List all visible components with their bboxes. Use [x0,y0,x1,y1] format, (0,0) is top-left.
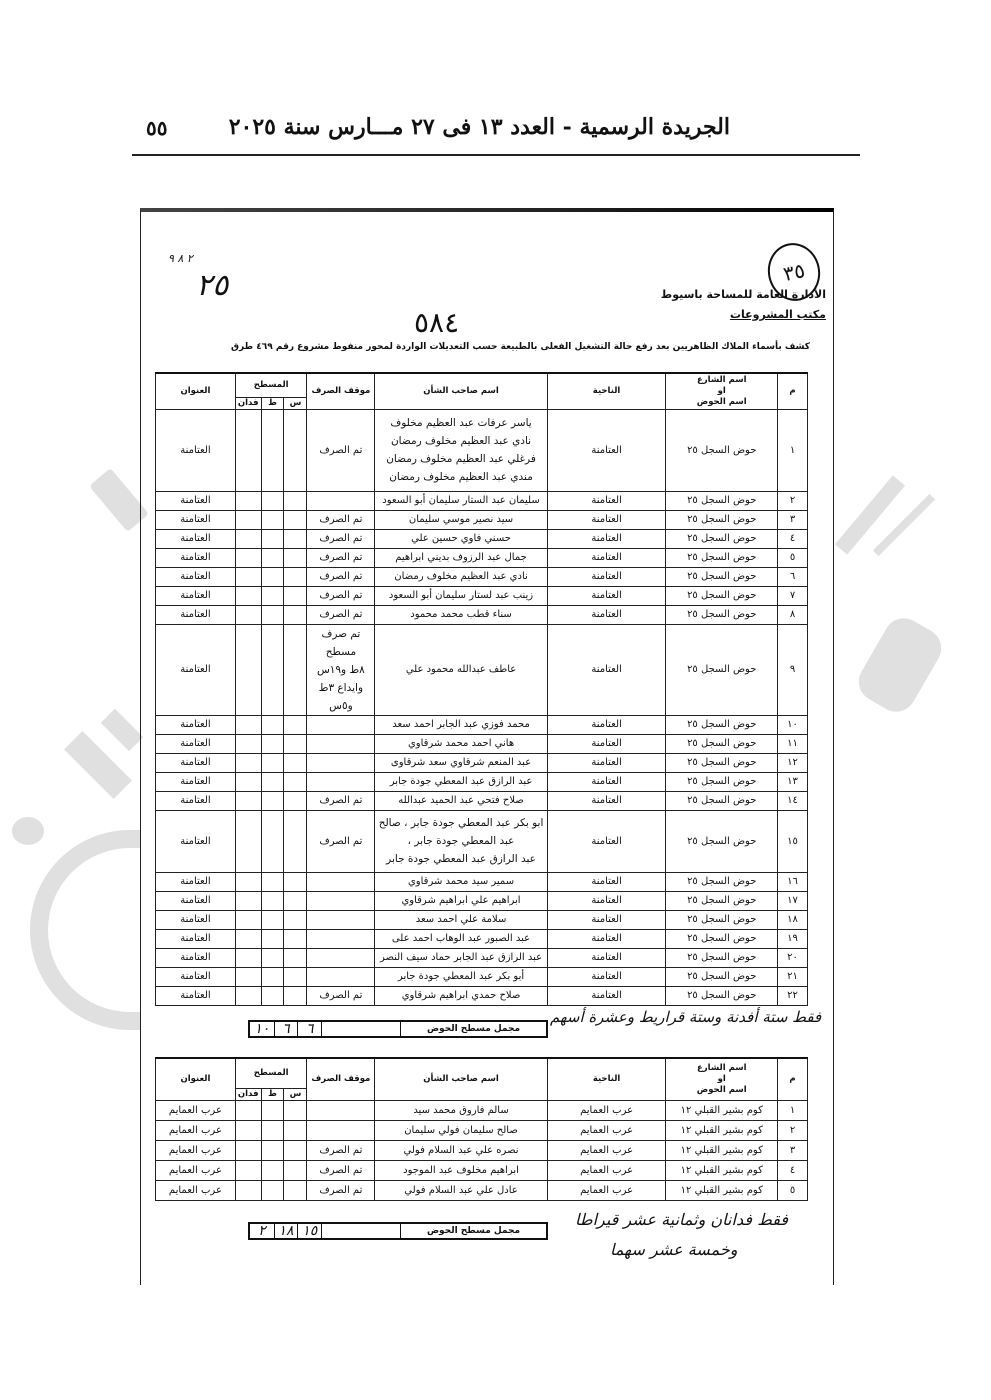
area-sahm [284,891,307,910]
payment-status [307,948,375,967]
row-index: ٥ [778,548,808,567]
area-sahm [284,491,307,510]
basin-name: حوض السجل ٢٥ [666,409,778,491]
area-sahm [284,567,307,586]
area-sahm [284,734,307,753]
district: العتامنة [547,753,666,772]
table-row: ٢٢حوض السجل ٢٥العتامنةصلاح حمدي ابراهيم … [156,986,808,1005]
table-row: ٢حوض السجل ٢٥العتامنةسليمان عبد الستار س… [156,491,808,510]
address: عرب العمايم [156,1160,236,1180]
owner-name: عاطف عبدالله محمود علي [375,624,547,715]
table-1-body: ١حوض السجل ٢٥العتامنةياسر عرفات عبد العظ… [156,409,808,1005]
area-sahm [284,605,307,624]
address: العتامنة [156,910,236,929]
area-qirat [261,510,284,529]
area-feddan [235,715,261,734]
table-row: ١٢حوض السجل ٢٥العتامنةعبد المنعم شرقاوي … [156,753,808,772]
basin-name: حوض السجل ٢٥ [666,910,778,929]
basin-name: حوض السجل ٢٥ [666,967,778,986]
department-name: الأدارة العامة للمساحة باسيوط [661,285,826,305]
address: العتامنة [156,715,236,734]
area-feddan [235,605,261,624]
basin-name: حوض السجل ٢٥ [666,491,778,510]
district: عرب العمايم [547,1140,666,1160]
area-sahm [284,624,307,715]
area-qirat [261,1180,284,1200]
basin-total-2: مجمل مسطح الحوض ١٥ ١٨ ٢ [248,1222,548,1240]
payment-status: تم الصرف [307,810,375,872]
district: العتامنة [547,586,666,605]
district: العتامنة [547,605,666,624]
col-index: م [778,373,808,409]
area-feddan [235,1160,261,1180]
payment-status: تم الصرف [307,409,375,491]
address: العتامنة [156,891,236,910]
owner-name: عبد الرازق عبد الجابر حماد سيف النصر [375,948,547,967]
district: العتامنة [547,986,666,1005]
col-owner: اسم صاحب الشأن [375,1058,547,1100]
owner-name: أبو بكر عبد المعطي جودة جابر [375,967,547,986]
area-sahm [284,810,307,872]
basin-name: حوض السجل ٢٥ [666,586,778,605]
row-index: ١٠ [778,715,808,734]
payment-status [307,929,375,948]
basin-name: كوم بشير القبلي ١٢ [666,1100,778,1120]
area-sahm [284,986,307,1005]
col-basin: اسم الشارعاواسم الحوض [666,373,778,409]
district: العتامنة [547,734,666,753]
area-qirat [261,586,284,605]
area-feddan [235,491,261,510]
payment-status [307,967,375,986]
payment-status [307,872,375,891]
basin-name: حوض السجل ٢٥ [666,753,778,772]
row-index: ١ [778,409,808,491]
row-index: ١١ [778,734,808,753]
area-qirat [261,967,284,986]
address: عرب العمايم [156,1100,236,1120]
address: العتامنة [156,605,236,624]
address: العتامنة [156,491,236,510]
area-sahm [284,586,307,605]
address: العتامنة [156,948,236,967]
basin-name: حوض السجل ٢٥ [666,791,778,810]
page-number: ٥٥ [146,116,167,140]
address: العتامنة [156,810,236,872]
table-row: ٤كوم بشير القبلي ١٢عرب العمايمابراهيم مخ… [156,1160,808,1180]
area-sahm [284,1120,307,1140]
row-index: ١٧ [778,891,808,910]
table-row: ١٤حوض السجل ٢٥العتامنةصلاح فتحي عبد الحم… [156,791,808,810]
area-qirat [261,872,284,891]
row-index: ٢ [778,1120,808,1140]
basin-name: كوم بشير القبلي ١٢ [666,1120,778,1140]
area-qirat [261,715,284,734]
district: عرب العمايم [547,1180,666,1200]
row-index: ٩ [778,624,808,715]
col-address: العنوان [156,1058,236,1100]
district: العتامنة [547,567,666,586]
district: عرب العمايم [547,1120,666,1140]
area-feddan [235,624,261,715]
area-sahm [284,1160,307,1180]
area-sahm [284,929,307,948]
address: العتامنة [156,772,236,791]
area-sahm [284,1180,307,1200]
table-row: ١كوم بشير القبلي ١٢عرب العمايمسالم فاروق… [156,1100,808,1120]
area-qirat [261,929,284,948]
owner-name: عبد الصبور عبد الوهاب احمد على [375,929,547,948]
payment-status: تم الصرف [307,529,375,548]
handwritten-total-note-2a: فقط فدانان وثمانية عشر قيراطا [575,1210,788,1229]
district: العتامنة [547,872,666,891]
handwritten-total-note-1: فقط ستة أفدنة وستة قراريط وعشرة أسهم [550,1008,821,1026]
table-row: ٢كوم بشير القبلي ١٢عرب العمايمصالح سليما… [156,1120,808,1140]
owner-name: محمد فوزي عبد الجابر احمد سعد [375,715,547,734]
owner-name: سالم فاروق محمد سيد [375,1100,547,1120]
area-sahm [284,967,307,986]
payment-status: تم الصرف [307,1180,375,1200]
row-index: ٢٠ [778,948,808,967]
area-sahm [284,510,307,529]
page-header: الجريدة الرسمية - العدد ١٣ فى ٢٧ مـــارس… [132,112,860,152]
col-basin: اسم الشارعاواسم الحوض [666,1058,778,1100]
district: العتامنة [547,510,666,529]
total-sahm: ٦ [297,1022,321,1036]
area-feddan [235,772,261,791]
district: عرب العمايم [547,1100,666,1120]
payment-status [307,1120,375,1140]
basin-name: حوض السجل ٢٥ [666,948,778,967]
area-sahm [284,791,307,810]
table-2-body: ١كوم بشير القبلي ١٢عرب العمايمسالم فاروق… [156,1100,808,1200]
area-feddan [235,1140,261,1160]
department-block: الأدارة العامة للمساحة باسيوط مكتب المشر… [661,285,826,325]
payment-status: تم الصرف [307,986,375,1005]
address: عرب العمايم [156,1180,236,1200]
row-index: ١٤ [778,791,808,810]
district: العتامنة [547,891,666,910]
area-sahm [284,715,307,734]
area-sahm [284,1140,307,1160]
row-index: ١٨ [778,910,808,929]
address: عرب العمايم [156,1120,236,1140]
address: العتامنة [156,624,236,715]
col-payment-status: موقف الصرف [307,373,375,409]
area-feddan [235,1180,261,1200]
payment-status [307,910,375,929]
col-area-sahm: س [284,1088,307,1100]
col-address: العنوان [156,373,236,409]
area-qirat [261,491,284,510]
payment-status [307,734,375,753]
address: العتامنة [156,872,236,891]
total-feddan: ٢ [250,1224,274,1238]
owner-name: سمير سيد محمد شرقاوي [375,872,547,891]
area-feddan [235,753,261,772]
owner-name: عبد الرازق عبد المعطي جودة جابر [375,772,547,791]
basin-name: كوم بشير القبلي ١٢ [666,1180,778,1200]
handwritten-total-note-2b: وخمسة عشر سهما [610,1240,737,1259]
address: العتامنة [156,548,236,567]
district: العتامنة [547,529,666,548]
col-index: م [778,1058,808,1100]
payment-status [307,491,375,510]
payment-status [307,753,375,772]
district: العتامنة [547,910,666,929]
basin-name: كوم بشير القبلي ١٢ [666,1140,778,1160]
area-qirat [261,810,284,872]
basin-name: حوض السجل ٢٥ [666,986,778,1005]
col-area-sahm: س [284,397,307,409]
total-feddan: ١٠ [250,1022,274,1036]
row-index: ١٢ [778,753,808,772]
address: العتامنة [156,409,236,491]
basin-name: حوض السجل ٢٥ [666,510,778,529]
area-feddan [235,1120,261,1140]
handwritten-number-center: ٥٨٤ [414,306,459,339]
area-feddan [235,567,261,586]
area-sahm [284,910,307,929]
table-row: ٣كوم بشير القبلي ١٢عرب العمايمنصره علي ع… [156,1140,808,1160]
area-qirat [261,1160,284,1180]
table-row: ١١حوض السجل ٢٥العتامنةهاني احمد محمد شرق… [156,734,808,753]
owner-name: عبد المنعم شرقاوي سعد شرقاوى [375,753,547,772]
table-row: ٤حوض السجل ٢٥العتامنةحسني فاوي حسين عليت… [156,529,808,548]
area-qirat [261,548,284,567]
area-feddan [235,548,261,567]
row-index: ٣ [778,1140,808,1160]
area-qirat [261,910,284,929]
owners-table-1: م اسم الشارعاواسم الحوض الناحية اسم صاحب… [155,372,808,1006]
area-sahm [284,529,307,548]
area-feddan [235,810,261,872]
col-area: المسطح [235,373,307,397]
payment-status: تم الصرف [307,548,375,567]
row-index: ٢ [778,491,808,510]
handwritten-number-left: ٢٥ [196,268,228,303]
owner-name: سيد نصير موسي سليمان [375,510,547,529]
table-row: ٢١حوض السجل ٢٥العتامنةأبو بكر عبد المعطي… [156,967,808,986]
area-qirat [261,1140,284,1160]
area-qirat [261,567,284,586]
area-qirat [261,753,284,772]
table-row: ٥حوض السجل ٢٥العتامنةجمال عبد الرزوف بدي… [156,548,808,567]
address: العتامنة [156,529,236,548]
area-feddan [235,948,261,967]
basin-name: حوض السجل ٢٥ [666,529,778,548]
district: العتامنة [547,715,666,734]
table-row: ٩حوض السجل ٢٥العتامنةعاطف عبدالله محمود … [156,624,808,715]
gazette-title: الجريدة الرسمية - العدد ١٣ فى ٢٧ مـــارس… [229,114,730,140]
area-feddan [235,529,261,548]
owner-name: سناء قطب محمد محمود [375,605,547,624]
owner-name: نصره علي عبد السلام فولي [375,1140,547,1160]
owner-name: حسني فاوي حسين علي [375,529,547,548]
area-qirat [261,948,284,967]
area-sahm [284,1100,307,1120]
row-index: ٨ [778,605,808,624]
address: العتامنة [156,753,236,772]
payment-status: تم الصرف [307,1140,375,1160]
district: العتامنة [547,409,666,491]
address: العتامنة [156,967,236,986]
basin-name: حوض السجل ٢٥ [666,929,778,948]
address: العتامنة [156,986,236,1005]
payment-status: تم صرف مسطح٨ط و١٩سوايداع ٣ط و٥س [307,624,375,715]
area-feddan [235,409,261,491]
row-index: ٧ [778,586,808,605]
row-index: ١ [778,1100,808,1120]
area-qirat [261,624,284,715]
row-index: ١٥ [778,810,808,872]
district: العتامنة [547,948,666,967]
district: العتامنة [547,624,666,715]
address: العتامنة [156,929,236,948]
district: العتامنة [547,548,666,567]
col-payment-status: موقف الصرف [307,1058,375,1100]
row-index: ٢٢ [778,986,808,1005]
basin-name: حوض السجل ٢٥ [666,872,778,891]
district: عرب العمايم [547,1160,666,1180]
table-row: ٦حوض السجل ٢٥العتامنةنادي عبد العظيم مخل… [156,567,808,586]
table-row: ١٧حوض السجل ٢٥العتامنةابراهيم علي ابراهي… [156,891,808,910]
district: العتامنة [547,791,666,810]
area-feddan [235,1100,261,1120]
handwritten-mark: ٢ ٨ ٩ [168,252,193,265]
table-row: ١٦حوض السجل ٢٥العتامنةسمير سيد محمد شرقا… [156,872,808,891]
col-owner: اسم صاحب الشأن [375,373,547,409]
basin-name: حوض السجل ٢٥ [666,624,778,715]
district: العتامنة [547,967,666,986]
total-label: مجمل مسطح الحوض [400,1224,546,1238]
area-qirat [261,1120,284,1140]
row-index: ٣ [778,510,808,529]
owner-name: زينب عبد لستار سليمان أبو السعود [375,586,547,605]
col-area-qirat: ط [261,397,284,409]
payment-status [307,891,375,910]
owner-name: صالح سليمان فولي سليمان [375,1120,547,1140]
total-qirat: ٦ [274,1022,298,1036]
area-sahm [284,772,307,791]
district: العتامنة [547,810,666,872]
col-area: المسطح [235,1058,307,1088]
payment-status: تم الصرف [307,1160,375,1180]
payment-status: تم الصرف [307,605,375,624]
table-row: ٧حوض السجل ٢٥العتامنةزينب عبد لستار سليم… [156,586,808,605]
basin-name: حوض السجل ٢٥ [666,891,778,910]
owners-table-2: م اسم الشارعاواسم الحوض الناحية اسم صاحب… [155,1057,808,1201]
area-qirat [261,409,284,491]
owner-name: عادل علي عبد السلام فولي [375,1180,547,1200]
area-qirat [261,772,284,791]
district: العتامنة [547,491,666,510]
basin-name: حوض السجل ٢٥ [666,810,778,872]
payment-status: تم الصرف [307,586,375,605]
area-sahm [284,948,307,967]
district: العتامنة [547,772,666,791]
table-row: ٣حوض السجل ٢٥العتامنةسيد نصير موسي سليما… [156,510,808,529]
area-qirat [261,891,284,910]
basin-name: حوض السجل ٢٥ [666,715,778,734]
area-feddan [235,929,261,948]
col-area-feddan: فدان [235,397,261,409]
owner-name: سلامة علي احمد سعد [375,910,547,929]
owner-name: نادي عبد العظيم مخلوف رمضان [375,567,547,586]
row-index: ٦ [778,567,808,586]
payment-status: تم الصرف [307,510,375,529]
area-sahm [284,409,307,491]
area-feddan [235,986,261,1005]
owner-name: ابراهيم علي ابراهيم شرقاوي [375,891,547,910]
payment-status: تم الصرف [307,567,375,586]
address: العتامنة [156,586,236,605]
area-feddan [235,891,261,910]
table-row: ١٨حوض السجل ٢٥العتامنةسلامة علي احمد سعد… [156,910,808,929]
area-sahm [284,548,307,567]
col-area-feddan: فدان [235,1088,261,1100]
owner-name: ابو بكر عبد المعطي جودة جابر ، صالحعبد ا… [375,810,547,872]
area-feddan [235,967,261,986]
area-qirat [261,986,284,1005]
owner-name: جمال عبد الرزوف بديني ابراهيم [375,548,547,567]
total-label: مجمل مسطح الحوض [400,1022,546,1036]
table-row: ١٩حوض السجل ٢٥العتامنةعبد الصبور عبد الو… [156,929,808,948]
district: العتامنة [547,929,666,948]
owner-name: ياسر عرفات عبد العظيم مخلوفنادي عبد العظ… [375,409,547,491]
table-row: ٢٠حوض السجل ٢٥العتامنةعبد الرازق عبد الج… [156,948,808,967]
owner-name: ابراهيم مخلوف عبد الموجود [375,1160,547,1180]
row-index: ١٩ [778,929,808,948]
area-qirat [261,605,284,624]
payment-status [307,772,375,791]
owner-name: صلاح فتحي عبد الحميد عبدالله [375,791,547,810]
table-row: ٥كوم بشير القبلي ١٢عرب العمايمعادل علي ع… [156,1180,808,1200]
basin-name: حوض السجل ٢٥ [666,772,778,791]
row-index: ٥ [778,1180,808,1200]
table-row: ١٠حوض السجل ٢٥العتامنةمحمد فوزي عبد الجا… [156,715,808,734]
address: العتامنة [156,510,236,529]
basin-name: حوض السجل ٢٥ [666,734,778,753]
basin-name: حوض السجل ٢٥ [666,548,778,567]
area-qirat [261,1100,284,1120]
row-index: ١٦ [778,872,808,891]
col-district: الناحية [547,1058,666,1100]
address: العتامنة [156,734,236,753]
table-row: ١٥حوض السجل ٢٥العتامنةابو بكر عبد المعطي… [156,810,808,872]
row-index: ٤ [778,1160,808,1180]
owner-name: هاني احمد محمد شرقاوي [375,734,547,753]
area-feddan [235,791,261,810]
area-feddan [235,910,261,929]
area-feddan [235,510,261,529]
address: العتامنة [156,567,236,586]
owner-name: سليمان عبد الستار سليمان أبو السعود [375,491,547,510]
total-sahm: ١٥ [297,1224,321,1238]
owner-name: صلاح حمدي ابراهيم شرقاوي [375,986,547,1005]
area-feddan [235,734,261,753]
total-qirat: ١٨ [274,1224,298,1238]
row-index: ٢١ [778,967,808,986]
document-title: كشف بأسماء الملاك الظاهريين بعد رفع حالة… [270,342,810,352]
row-index: ٤ [778,529,808,548]
area-qirat [261,734,284,753]
address: عرب العمايم [156,1140,236,1160]
area-qirat [261,529,284,548]
office-name: مكتب المشروعات [661,305,826,325]
area-sahm [284,753,307,772]
basin-name: كوم بشير القبلي ١٢ [666,1160,778,1180]
